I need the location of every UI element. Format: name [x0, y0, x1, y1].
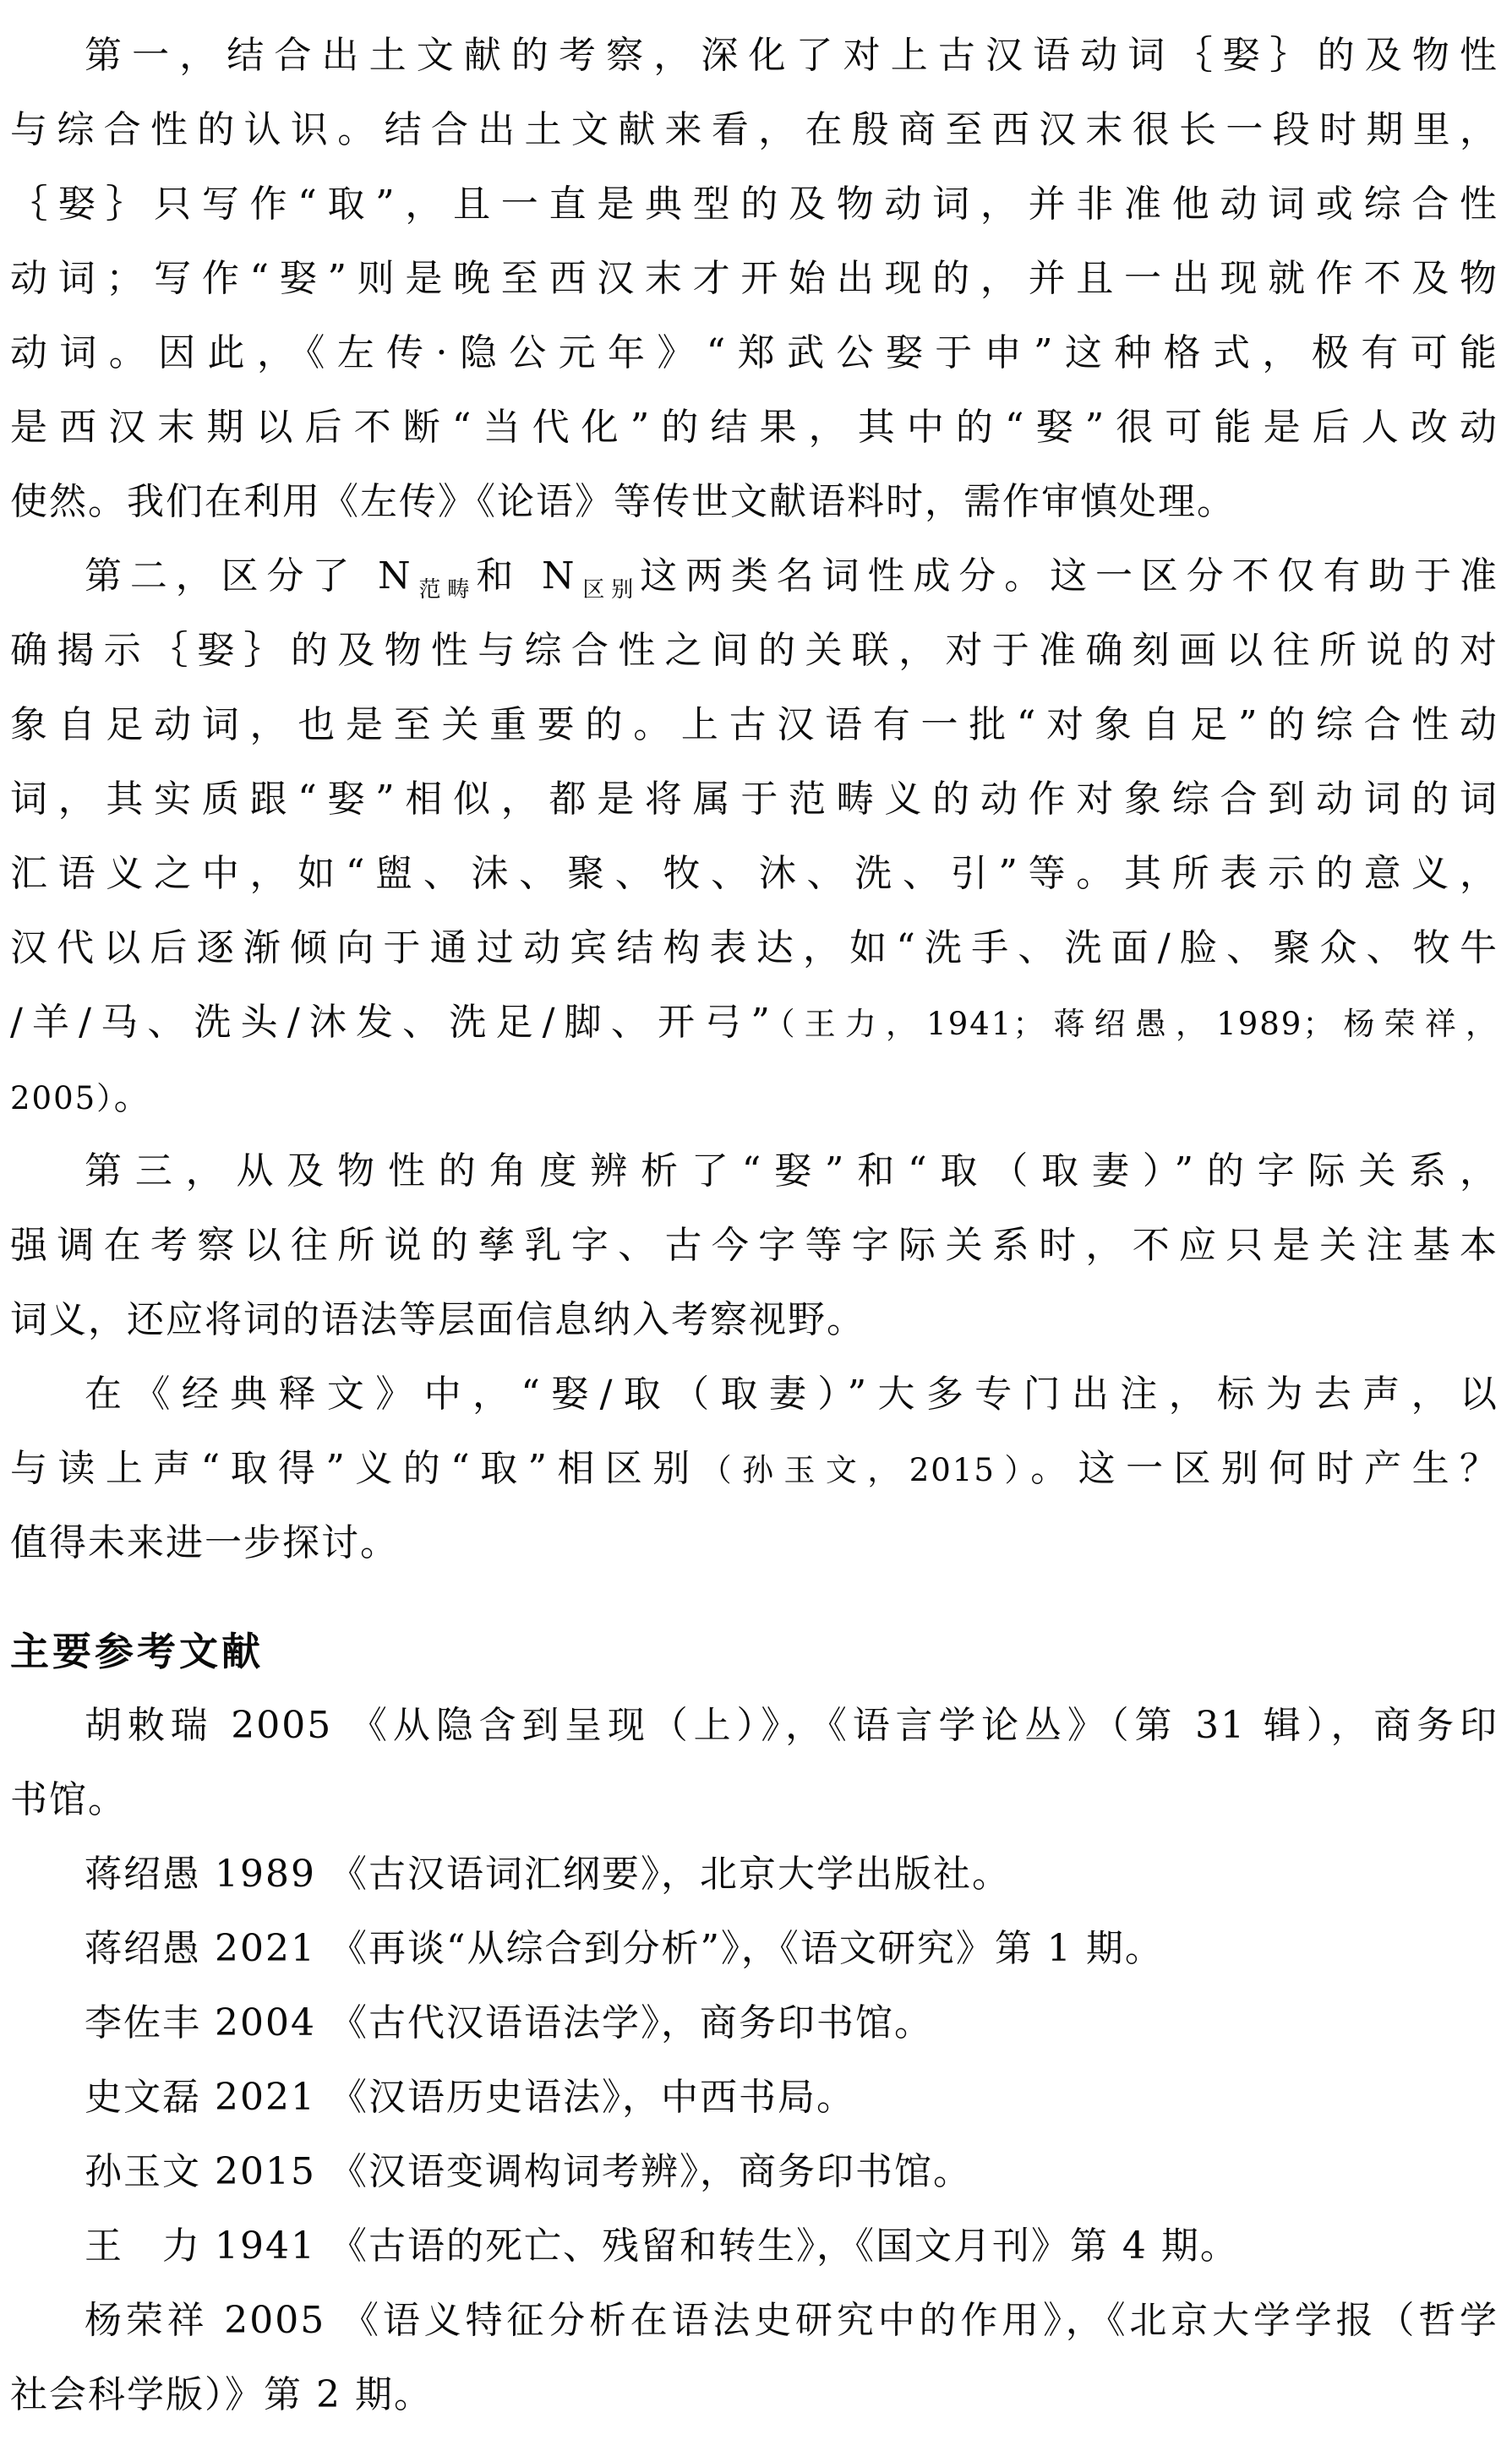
reference-li-2004: 李佐丰 2004 《古代汉语语法学》，商务印书馆。 — [10, 1986, 1498, 2061]
para1-line3: ｛娶｝只写作“取”，且一直是典型的及物动词，并非准他动词或综合性 — [10, 167, 1498, 242]
para2-line1: 第二，区分了 N范畴和 N区别这两类名词性成分。这一区分不仅有助于准 — [10, 539, 1498, 614]
para2-line1-seg1: 第二，区分了 N — [85, 554, 412, 598]
reference-wang-1941: 王 力 1941 《古语的死亡、残留和转生》，《国文月刊》第 4 期。 — [10, 2209, 1498, 2284]
para1-line6: 是西汉末期以后不断“当代化”的结果，其中的“娶”很可能是后人改动 — [10, 390, 1498, 465]
para1-line5: 动词。因此，《左传·隐公元年》“郑武公娶于申”这种格式，极有可能 — [10, 316, 1498, 390]
reference-hu-2005-line2: 书馆。 — [10, 1763, 1498, 1837]
reference-jiang-2021: 蒋绍愚 2021 《再谈“从综合到分析”》，《语文研究》第 1 期。 — [10, 1912, 1498, 1986]
para2-line7: /羊/马、洗头/沐发、洗足/脚、开弓”（王力，1941；蒋绍愚，1989；杨荣祥… — [10, 985, 1498, 1060]
para4-line2-post: 。这一区别何时产生？ — [1030, 1447, 1498, 1490]
para2-line7-text: /羊/马、洗头/沐发、洗足/脚、开弓” — [10, 1001, 772, 1044]
para4-line3: 值得未来进一步探讨。 — [10, 1506, 1498, 1580]
document-page: 第一，结合出土文献的考察，深化了对上古汉语动词｛娶｝的及物性 与综合性的认识。结… — [0, 0, 1512, 2440]
reference-shi-2021: 史文磊 2021 《汉语历史语法》，中西书局。 — [10, 2061, 1498, 2135]
reference-yang-2005-line2: 社会科学版）》第 2 期。 — [10, 2358, 1498, 2432]
n-subscript-fanchou: 范畴 — [412, 577, 477, 603]
para3-line1: 第三，从及物性的角度辨析了“娶”和“取（取妻）”的字际关系， — [10, 1134, 1498, 1209]
para4-line2-pre: 与读上声“取得”义的“取”相区别 — [10, 1447, 701, 1490]
para2-line6: 汉代以后逐渐倾向于通过动宾结构表达，如“洗手、洗面/脸、聚众、牧牛 — [10, 911, 1498, 985]
reference-yang-2005-line1: 杨荣祥 2005 《语义特征分析在语法史研究中的作用》，《北京大学学报（哲学 — [10, 2284, 1498, 2358]
para1-line1: 第一，结合出土文献的考察，深化了对上古汉语动词｛娶｝的及物性 — [10, 19, 1498, 93]
citation-wangli-jiang-yang: （王力，1941；蒋绍愚，1989；杨荣祥， — [772, 1006, 1498, 1042]
para2-line1-seg2: 和 N — [476, 554, 576, 598]
para2-line4: 词，其实质跟“娶”相似，都是将属于范畴义的动作对象综合到动词的词 — [10, 762, 1498, 837]
para1-line2: 与综合性的认识。结合出土文献来看，在殷商至西汉末很长一段时期里， — [10, 93, 1498, 167]
reference-sun-2015: 孙玉文 2015 《汉语变调构词考辨》，商务印书馆。 — [10, 2135, 1498, 2209]
para3-line3: 词义，还应将词的语法等层面信息纳入考察视野。 — [10, 1283, 1498, 1357]
citation-sunyuwen-2015: （孙玉文，2015） — [701, 1452, 1031, 1488]
references-heading: 主要参考文献 — [10, 1614, 1498, 1689]
para2-line8: 2005）。 — [10, 1060, 1498, 1134]
para1-line4: 动词；写作“娶”则是晚至西汉末才开始出现的，并且一出现就作不及物 — [10, 242, 1498, 316]
para3-line2: 强调在考察以往所说的孳乳字、古今字等字际关系时，不应只是关注基本 — [10, 1209, 1498, 1283]
para2-line2: 确揭示｛娶｝的及物性与综合性之间的关联，对于准确刻画以往所说的对 — [10, 614, 1498, 688]
para2-line1-seg3: 这两类名词性成分。这一区分不仅有助于准 — [640, 554, 1498, 598]
para4-line1: 在《经典释文》中，“娶/取（取妻）”大多专门出注，标为去声，以 — [10, 1357, 1498, 1432]
n-subscript-qubie: 区别 — [576, 577, 641, 603]
reference-jiang-1989: 蒋绍愚 1989 《古汉语词汇纲要》，北京大学出版社。 — [10, 1837, 1498, 1912]
para4-line2: 与读上声“取得”义的“取”相区别（孙玉文，2015）。这一区别何时产生？ — [10, 1432, 1498, 1506]
para2-line3: 象自足动词，也是至关重要的。上古汉语有一批“对象自足”的综合性动 — [10, 688, 1498, 762]
reference-hu-2005-line1: 胡敕瑞 2005 《从隐含到呈现（上）》，《语言学论丛》（第 31 辑），商务印 — [10, 1689, 1498, 1763]
para1-line7: 使然。我们在利用《左传》《论语》等传世文献语料时，需作审慎处理。 — [10, 465, 1498, 539]
para2-line8-period: 。 — [114, 1075, 153, 1118]
citation-year-tail: 2005） — [10, 1080, 114, 1116]
para2-line5: 汇语义之中，如“盥、沬、聚、牧、沐、洗、引”等。其所表示的意义， — [10, 837, 1498, 911]
